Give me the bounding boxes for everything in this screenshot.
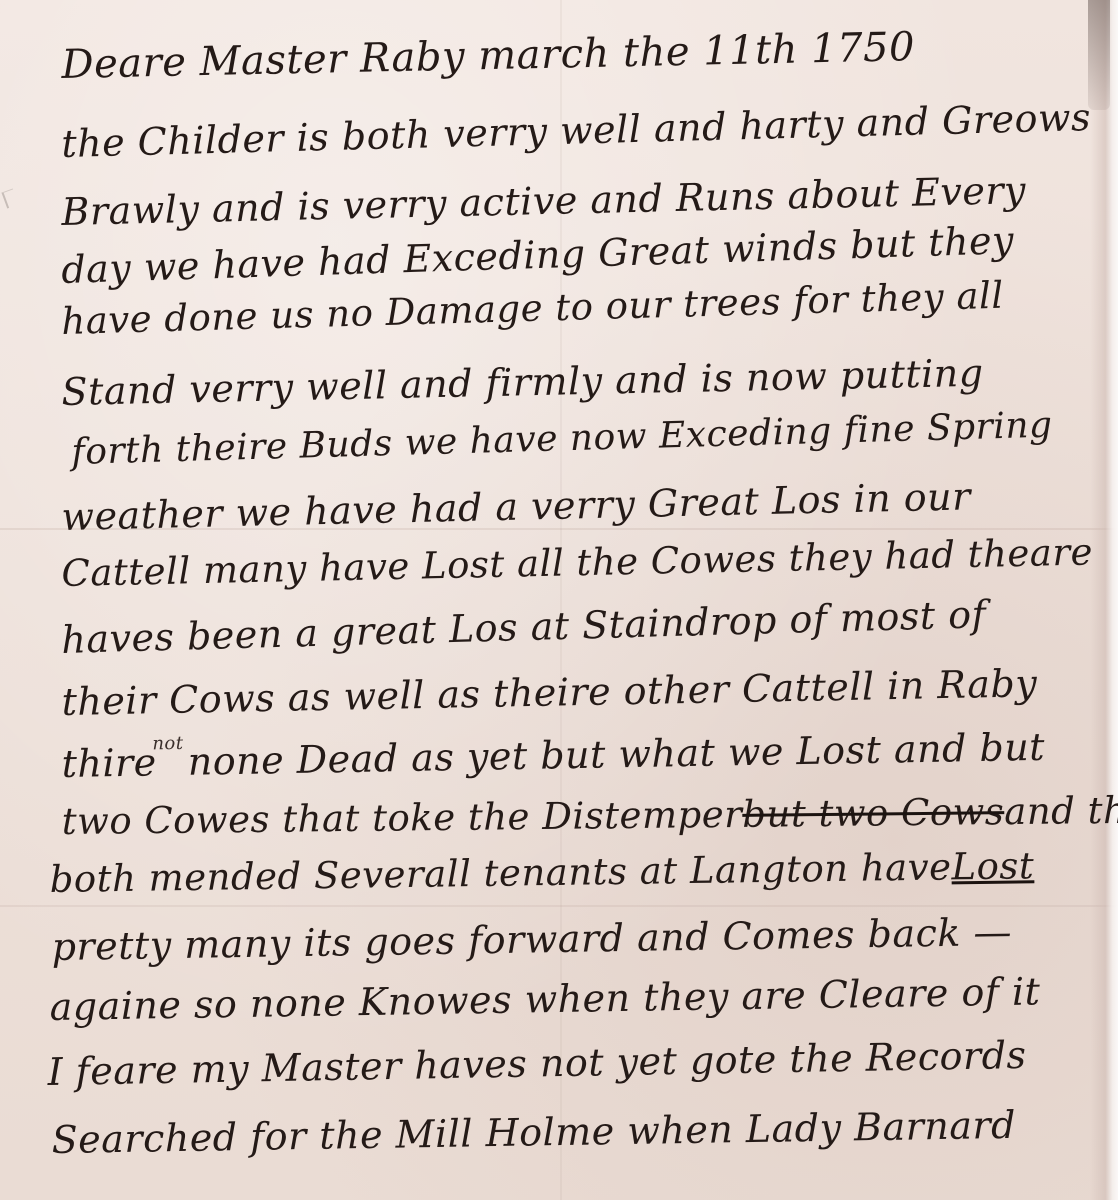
letter-line-text: their Cows as well as theire other Catte…: [61, 661, 1037, 724]
letter-line-text: Searched for the Mill Holme when Lady Ba…: [51, 1103, 1016, 1162]
letter-line: Stand verry well and firmly and is now p…: [61, 351, 984, 414]
letter-line-text: againe so none Knowes when they are Clea…: [49, 969, 1040, 1029]
margin-mark: [1, 188, 18, 208]
letter-line-with-deletion: two Cowes that toke the Distemper but tw…: [62, 788, 1118, 843]
letter-line: the Childer is both verry well and harty…: [61, 95, 1092, 166]
letter-line: pretty many its goes forward and Comes b…: [51, 910, 1012, 969]
letter-line-with-insertion: thirenotnone Dead as yet but what we Los…: [61, 725, 1045, 786]
letter-line-text: haves been a great Los at Staindrop of m…: [61, 592, 987, 662]
letter-line-text: Cattell many have Lost all the Cowes the…: [61, 530, 1093, 595]
letter-line: againe so none Knowes when they are Clea…: [49, 969, 1040, 1029]
letter-line: Cattell many have Lost all the Cowes the…: [61, 530, 1093, 595]
letter-line-salutation: Deare Master Raby march the 11th 1750: [61, 24, 915, 88]
letter-line: Searched for the Mill Holme when Lady Ba…: [51, 1103, 1016, 1162]
letter-line-text: the Childer is both verry well and harty…: [61, 95, 1092, 166]
paper-stain: [1088, 0, 1110, 110]
letter-line-text: none Dead as yet but what we Lost and bu…: [187, 725, 1045, 784]
struck-through-text: but two Cows: [742, 790, 1004, 836]
letter-line: their Cows as well as theire other Catte…: [61, 661, 1037, 724]
letter-line-with-underline: both mended Severall tenants at Langton …: [49, 844, 1034, 901]
letter-line-text: Deare Master Raby march the 11th 1750: [61, 24, 915, 88]
underlined-text: Lost: [951, 844, 1034, 888]
letter-line-text: and they: [1004, 788, 1118, 833]
letter-page: Deare Master Raby march the 11th 1750 th…: [0, 0, 1118, 1200]
letter-line-text: two Cowes that toke the Distemper: [62, 793, 743, 843]
letter-line-text: pretty many its goes forward and Comes b…: [51, 910, 1012, 969]
letter-line: haves been a great Los at Staindrop of m…: [61, 592, 987, 662]
paper-edge: [1090, 0, 1118, 1200]
interlinear-insertion: not: [152, 733, 184, 755]
letter-line-text: Stand verry well and firmly and is now p…: [61, 351, 984, 414]
letter-line-text: thire: [61, 740, 157, 786]
letter-line-text: both mended Severall tenants at Langton …: [49, 845, 951, 901]
paper-fold-line: [0, 905, 1118, 907]
letter-line-text: I feare my Master haves not yet gote the…: [47, 1033, 1027, 1094]
letter-line: I feare my Master haves not yet gote the…: [47, 1033, 1027, 1094]
